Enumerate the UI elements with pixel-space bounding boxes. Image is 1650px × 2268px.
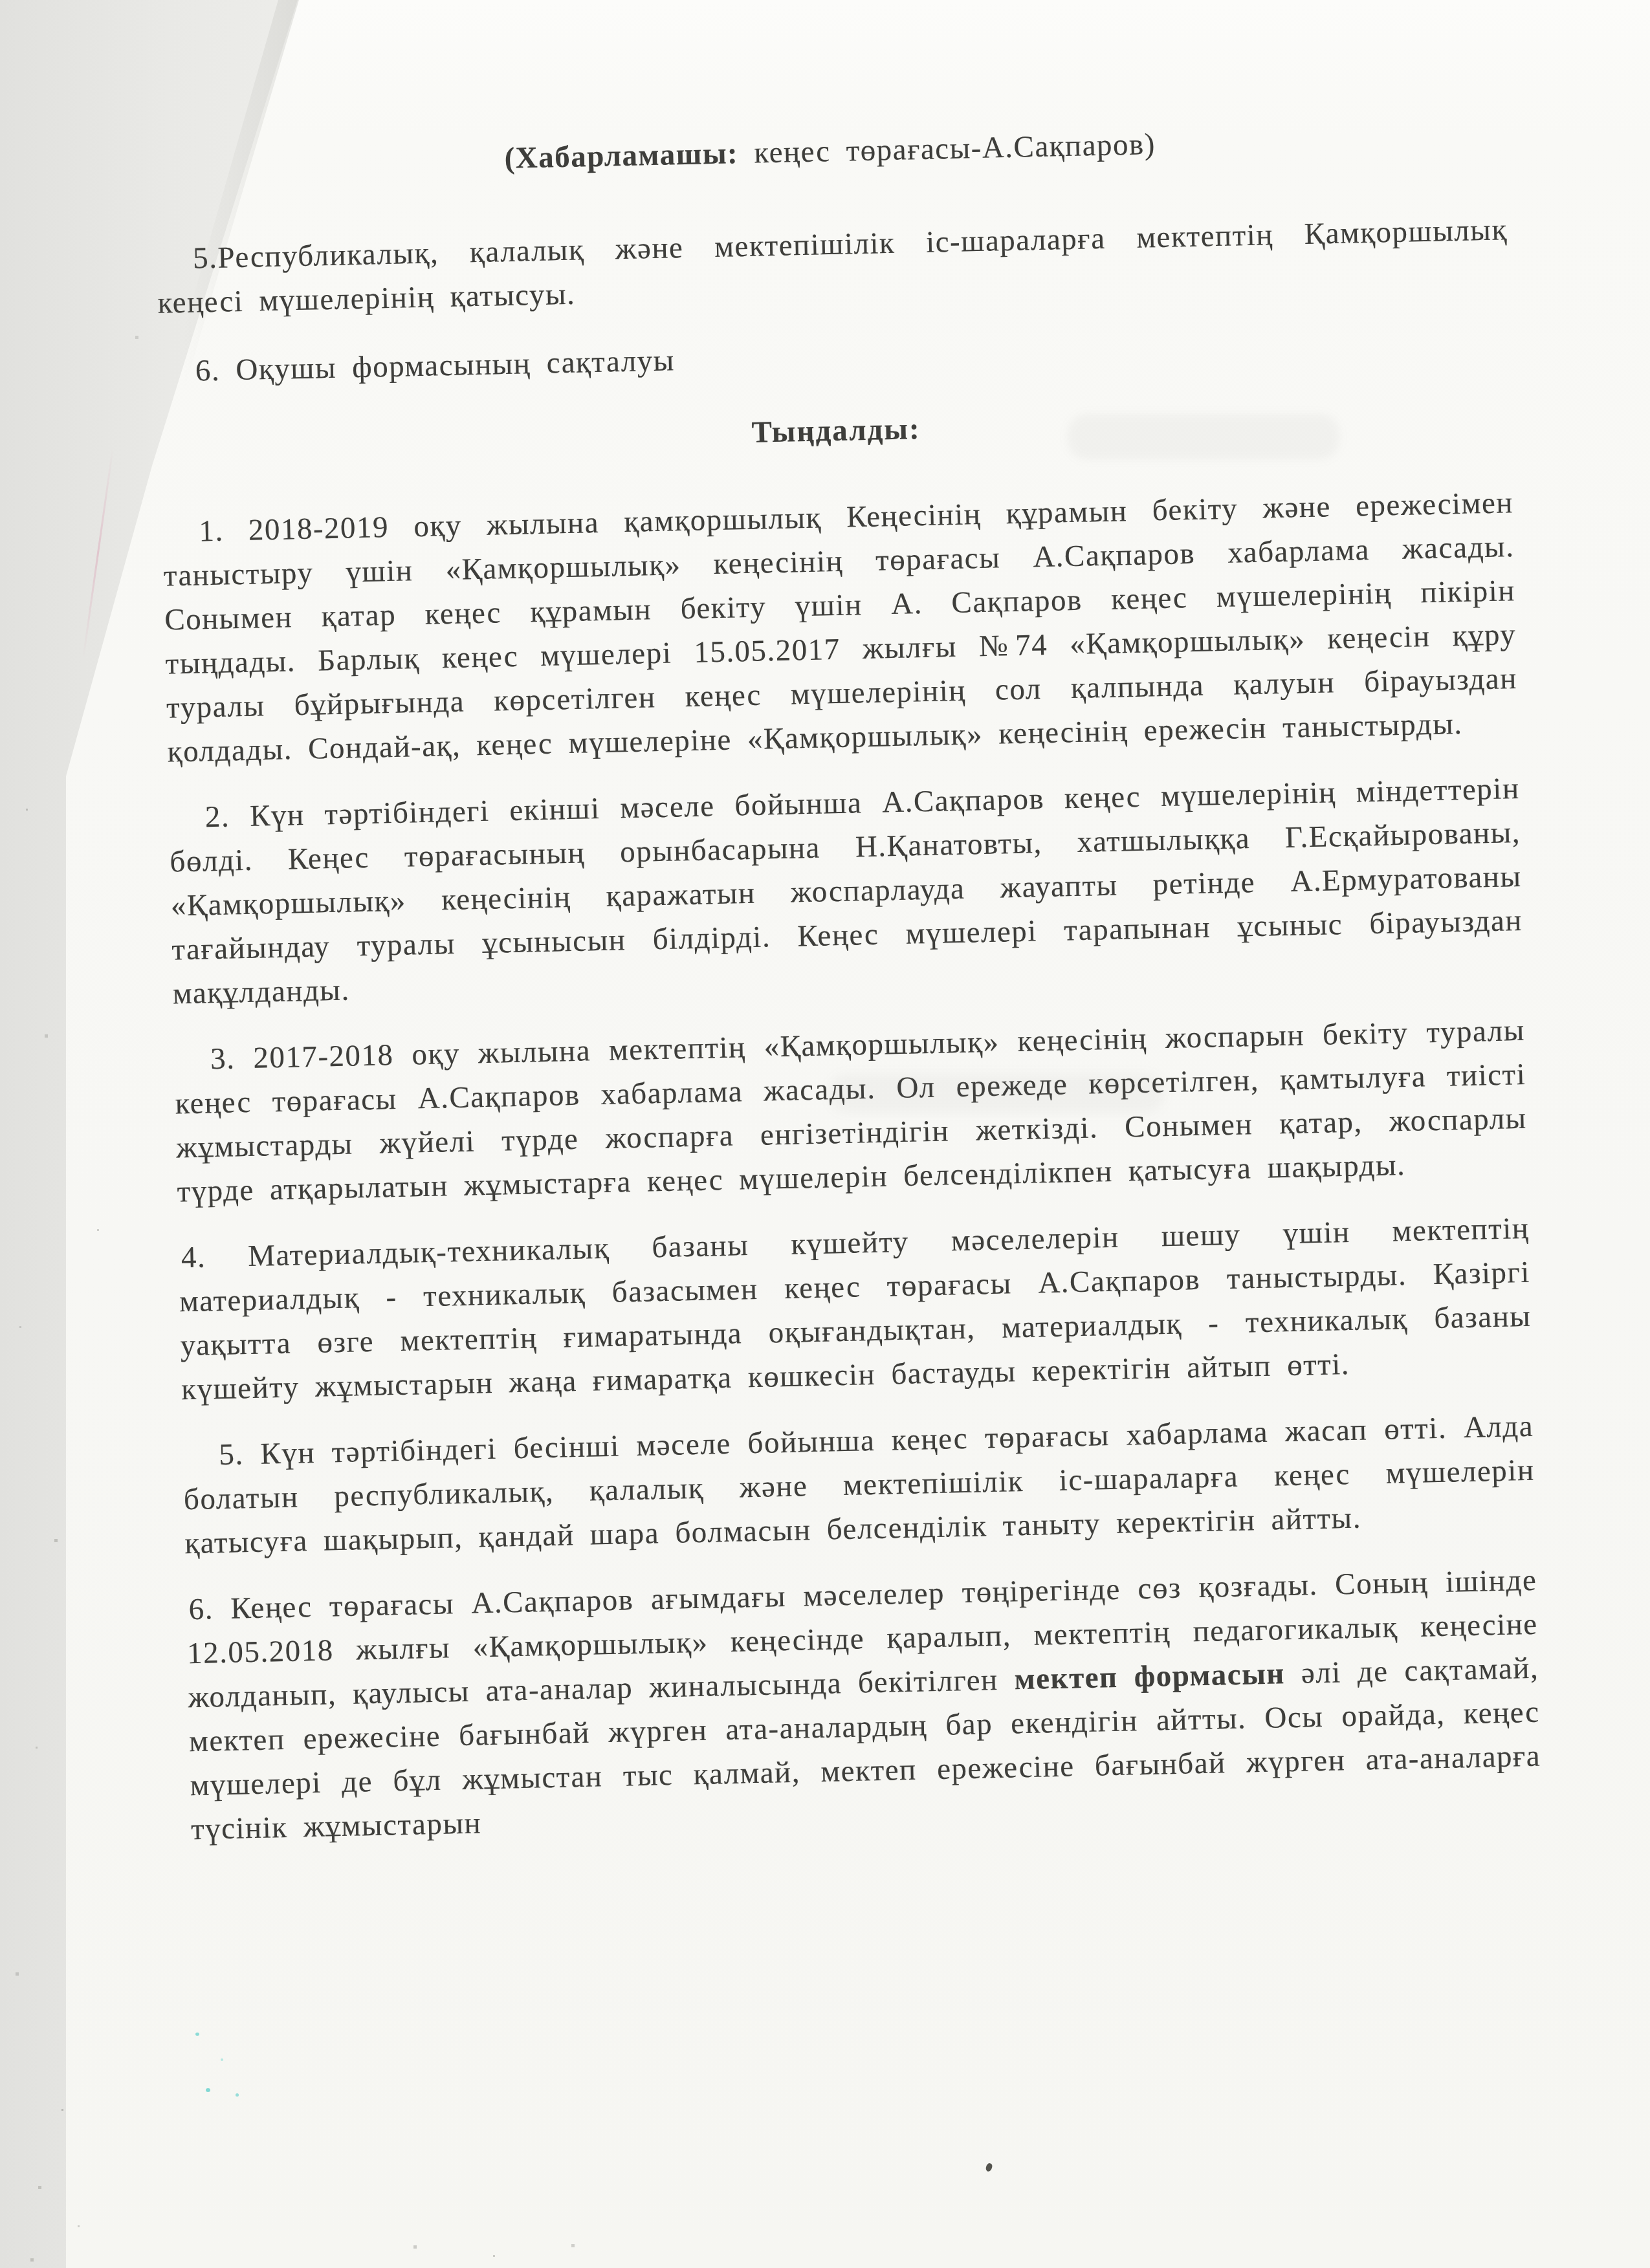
agenda-item-6: 6. Оқушы формасының сақталуы (159, 320, 1510, 394)
cyan-speck (236, 2093, 239, 2097)
dust-specks (0, 0, 2, 2)
ink-speck (985, 2163, 993, 2172)
scanned-document-page: (Хабарламашы: кеңес төрағасы-А.Сақпаров)… (0, 0, 1650, 2268)
paragraph-6: 6. Кеңес төрағасы А.Сақпаров ағымдағы мә… (186, 1558, 1542, 1851)
title-speaker-label: (Хабарламашы: (504, 136, 739, 175)
paragraph-4: 4. Материалдық-техникалық базаны күшейту… (178, 1206, 1532, 1412)
paragraph-1: 1. 2018-2019 оқу жылына қамқоршылық Кеңе… (162, 481, 1519, 774)
paragraph-6-lead: 6. Кеңес төрағасы А.Сақпаров ағымдағы мә… (187, 1564, 1539, 1715)
cyan-speck (206, 2088, 210, 2092)
ink-bleedthrough-smudge (828, 1074, 1165, 1113)
paragraph-5: 5. Күн тәртібіндегі бесінші мәселе бойын… (182, 1404, 1536, 1566)
agenda-item-5: 5.Республикалық, қалалық және мектепішіл… (156, 208, 1508, 325)
ink-bleedthrough-smudge (1068, 414, 1339, 459)
cyan-speck (221, 2058, 223, 2061)
school-uniform-bold-text: мектеп формасын (1014, 1657, 1285, 1696)
document-text-block: (Хабарламашы: кеңес төрағасы-А.Сақпаров)… (154, 114, 1543, 1873)
title-speaker-name: кеңес төрағасы-А.Сақпаров) (738, 127, 1156, 170)
paragraph-2: 2. Күн тәртібіндегі екінші мәселе бойынш… (168, 767, 1524, 1016)
cyan-speck (195, 2033, 199, 2036)
document-title: (Хабарламашы: кеңес төрағасы-А.Сақпаров) (154, 114, 1506, 188)
